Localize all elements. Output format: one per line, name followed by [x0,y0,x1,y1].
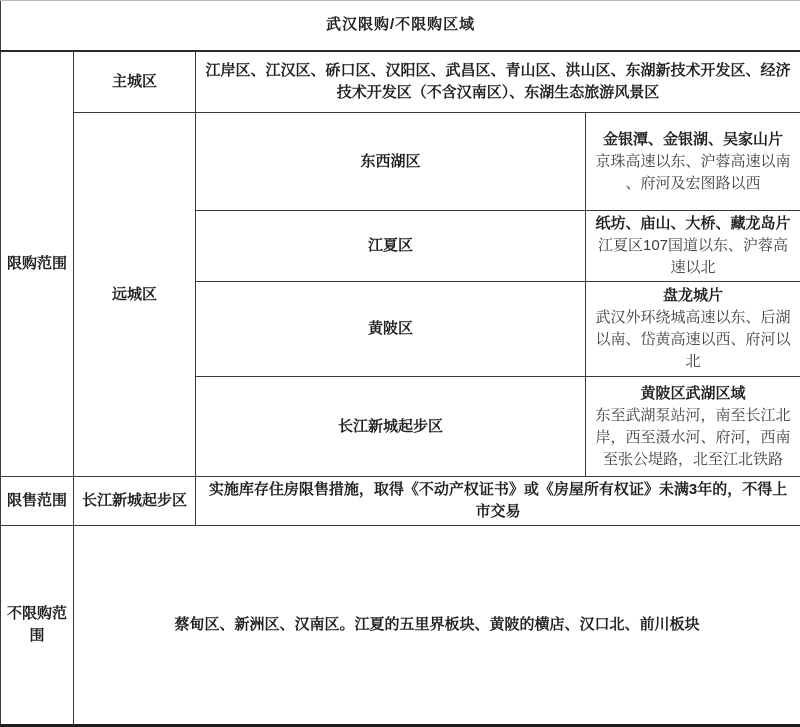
zone-detail-changjiang-new-town: 东至武湖泵站河，南至长江北 岸，西至滠水河、府河，西南 至张公堤路，北至江北铁路 [592,405,794,471]
cell-no-restriction-districts: 蔡甸区、新洲区、汉南区。江夏的五里界板块、黄陂的横店、汉口北、前川板块 [74,526,800,726]
wuhan-restriction-page: 武汉限购/不限购区域 限购范围 主城区 江岸区、江汉区、硚口区、汉阳区、武昌区、… [0,0,800,714]
cell-district-changjiang-new-town: 长江新城起步区 [196,377,586,477]
cell-main-city-districts: 江岸区、江汉区、硚口区、汉阳区、武昌区、青山区、洪山区、东湖新技术开发区、经济 … [196,51,800,113]
section-label-sale-restriction: 限售范围 [1,477,74,526]
zone-title-dongxihu: 金银潭、金银湖、吴家山片 [592,129,794,151]
cell-district-huangpi: 黄陂区 [196,282,586,377]
cell-zone-jiangxia: 纸坊、庙山、大桥、藏龙岛片江夏区107国道以东、沪蓉高 速以北 [586,211,800,282]
cell-main-city-label: 主城区 [74,51,196,113]
cell-far-city-label: 远城区 [74,113,196,477]
zone-title-huangpi: 盘龙城片 [592,285,794,307]
cell-sale-restriction-policy: 实施库存住房限售措施，取得《不动产权证书》或《房屋所有权证》未满3年的，不得上 … [196,477,800,526]
cell-zone-dongxihu: 金银潭、金银湖、吴家山片京珠高速以东、沪蓉高速以南 、府河及宏图路以西 [586,113,800,211]
section-label-no-restriction: 不限购范围 [1,526,74,726]
cell-zone-changjiang-new-town: 黄陂区武湖区域东至武湖泵站河，南至长江北 岸，西至滠水河、府河，西南 至张公堤路… [586,377,800,477]
cell-district-jiangxia: 江夏区 [196,211,586,282]
section-label-purchase-restriction: 限购范围 [1,51,74,477]
zone-title-changjiang-new-town: 黄陂区武湖区域 [592,383,794,405]
wuhan-restriction-table: 武汉限购/不限购区域 限购范围 主城区 江岸区、江汉区、硚口区、汉阳区、武昌区、… [0,0,800,727]
table-title: 武汉限购/不限购区域 [1,1,800,51]
cell-zone-huangpi: 盘龙城片武汉外环绕城高速以东、后湖 以南、岱黄高速以西、府河以 北 [586,282,800,377]
zone-title-jiangxia: 纸坊、庙山、大桥、藏龙岛片 [592,213,794,235]
zone-detail-dongxihu: 京珠高速以东、沪蓉高速以南 、府河及宏图路以西 [592,151,794,195]
zone-detail-huangpi: 武汉外环绕城高速以东、后湖 以南、岱黄高速以西、府河以 北 [592,307,794,373]
cell-district-dongxihu: 东西湖区 [196,113,586,211]
zone-detail-jiangxia: 江夏区107国道以东、沪蓉高 速以北 [592,235,794,279]
cell-sale-restriction-area: 长江新城起步区 [74,477,196,526]
